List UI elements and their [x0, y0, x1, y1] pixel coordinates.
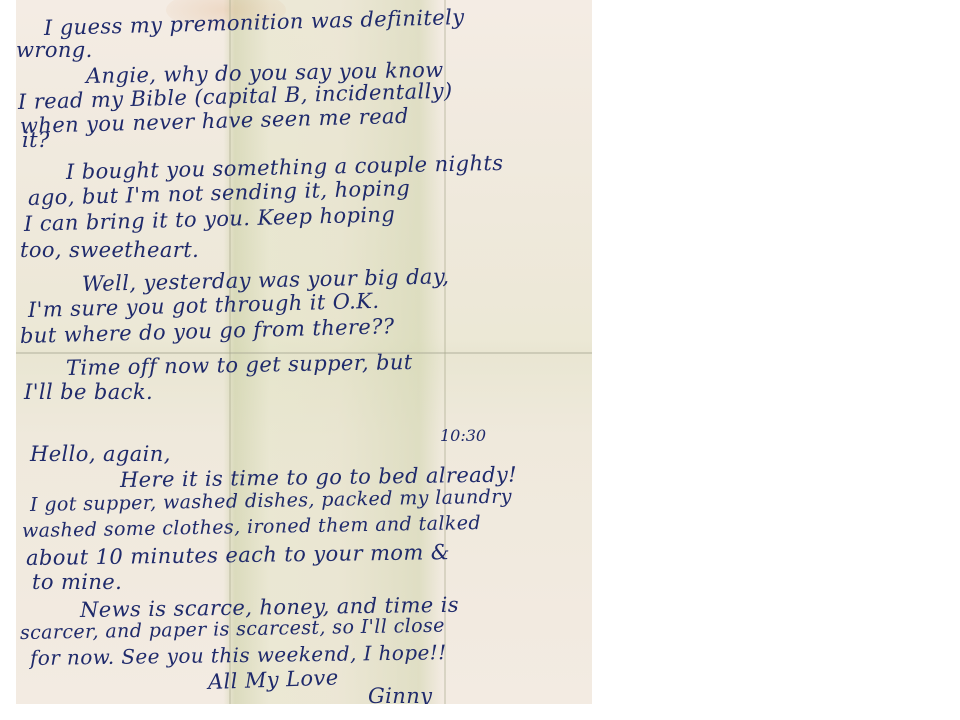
letter-line: it?	[22, 128, 50, 152]
letter-line: wrong.	[16, 38, 93, 62]
handwritten-letter: I guess my premonition was definitely wr…	[16, 0, 592, 704]
page: I guess my premonition was definitely wr…	[0, 0, 960, 720]
letter-line: I guess my premonition was definitely	[44, 5, 465, 40]
letter-line: I got supper, washed dishes, packed my l…	[30, 486, 512, 516]
letter-line: to mine.	[32, 570, 122, 594]
letter-line: Time off now to get supper, but	[66, 350, 413, 380]
letter-signature: Ginny	[368, 684, 432, 704]
time-note: 10:30	[440, 426, 486, 445]
letter-line: I'll be back.	[24, 380, 153, 404]
letter-closing: All My Love	[208, 665, 339, 694]
letter-line: too, sweetheart.	[20, 238, 199, 262]
letter-line: Hello, again,	[30, 442, 171, 466]
letter-line: washed some clothes, ironed them and tal…	[22, 512, 481, 542]
letter-line: for now. See you this weekend, I hope!!	[30, 640, 447, 670]
letter-line: about 10 minutes each to your mom &	[26, 540, 450, 570]
